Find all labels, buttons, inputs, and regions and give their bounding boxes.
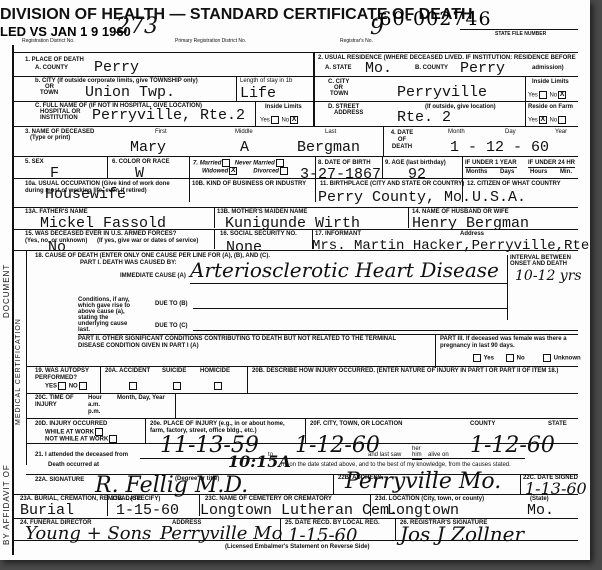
last-saw-date: 1-12-60 [470,438,555,454]
side-label-medical: MEDICAL CERTIFICATION [15,318,22,425]
race: W [135,166,144,182]
date-of-death-label: 4. DATE OF DEATH [387,130,417,151]
city-town: TOWN [40,90,58,97]
birthplace-label: 11. BIRTHPLACE (City and state or countr… [320,181,464,188]
ssn-label: 16. SOCIAL SECURITY NO. [220,231,297,238]
last-label: Last [325,129,336,136]
alive-on-label: alive on [428,452,449,459]
injury-state-label: STATE [548,421,567,428]
county-label: a. COUNTY [35,65,68,72]
burial-location: Longtown [387,503,459,519]
first-label: First [155,129,167,136]
marital-status-row2[interactable]: WidowedX Divorced [202,167,289,176]
informant-address-label: Address [460,231,484,238]
time-of-injury-label: 20c. TIME OF INJURY [35,395,75,409]
date-received: 1-15-60 [288,528,357,544]
burial-state: Mo. [527,503,554,519]
pm-label: p.m. [88,409,100,416]
citizenship: U.S.A. [472,190,526,206]
him-label: him [412,452,422,460]
sex: F [50,166,59,182]
pregnancy-no[interactable]: No [505,354,525,363]
residence-state: Mo. [365,61,392,77]
pregnancy-unknown[interactable]: Unknown [542,354,581,363]
citizen-label: 12. CITIZEN OF WHAT COUNTRY [467,181,561,188]
injury-work-label: 20d. INJURY OCCURRED [35,421,107,428]
state-file-number: -60-002746 [372,8,492,30]
deceased-middle: A [240,140,249,156]
embalmer-note: (Licensed Embalmer's Statement on Revers… [225,544,369,551]
usual-residence-heading: 2. USUAL RESIDENCE (Where deceased lived… [318,55,576,62]
year-label: Year [555,129,567,136]
birthplace: Perry County, Mo. [318,190,471,206]
due-to-b-label: DUE TO (b) [155,301,188,308]
under-year-label: IF UNDER 1 YEAR [465,160,517,168]
residence-city-town: TOWN [330,91,348,98]
residence-heading2: admission) [532,65,564,72]
due-to-c-label: DUE TO (c) [155,323,188,330]
farm-checkbox[interactable]: YesX No [528,116,567,125]
homicide-label: HOMICIDE [200,368,230,375]
suicide-label: SUICIDE [162,368,186,375]
describe-injury-label: 20b. DESCRIBE HOW INJURY OCCURRED. (Ente… [252,368,558,375]
business-label: 10b. KIND OF BUSINESS OR INDUSTRY [192,181,306,188]
immediate-cause: Arteriosclerotic Heart Disease [190,262,499,278]
day-label: Day [505,129,516,136]
residence-inside-limits-checkbox[interactable]: Yes NoX [528,91,567,100]
filed-stamp: LED VS JAN 1 9 1960 [0,24,131,39]
residence-city: Perryville [397,85,487,101]
residence-state-label: a. STATE [325,65,351,72]
homicide-box[interactable] [213,375,223,394]
months-label: Months [466,169,487,176]
last-saw-label: and last saw [368,452,401,459]
interval-label: INTERVAL BETWEEN ONSET AND DEATH [510,255,580,267]
informant: Mrs. Martin Hacker,Perryville,Rte.2 [312,238,590,254]
side-label-document: DOCUMENT [2,264,11,318]
accident-checkbox[interactable]: 20a. ACCIDENT [105,368,150,375]
armed-label: 15. WAS DECEASED EVER IN U.S. ARMED FORC… [25,231,176,238]
primary-registration-label: Primary Registration District No. [175,38,246,45]
registrar-label: Registrar's No. [340,38,373,45]
state-file-label: STATE FILE NUMBER [495,31,546,38]
attended-label: 21. I attended the deceased from [35,452,128,459]
suicide-box[interactable] [172,375,182,394]
inside-limits-checkbox[interactable]: Yes NoX [260,116,299,125]
death-at-label: Death occurred at [48,462,99,469]
immediate-cause-label: IMMEDIATE CAUSE (a) [120,273,186,280]
under-24-label: IF UNDER 24 HR [528,160,575,168]
days-label: Days [500,169,514,176]
signature-label: 22a. SIGNATURE [35,477,84,484]
part1-label: PART I. DEATH WAS CAUSED BY: [80,260,177,267]
injury-city-label: 20f. CITY, TOWN, OR LOCATION [310,421,402,428]
death-county: Perry [94,60,139,76]
side-label-affidavit: BY AFFIDAVIT OF [2,464,11,545]
farm-label: Reside on Farm [528,104,573,111]
cemetery-name: Longtown Lutheran Cem. [200,503,398,519]
injury-county-label: COUNTY [470,421,495,428]
death-city: Union Twp. [85,85,175,101]
part2-label: PART II. OTHER SIGNIFICANT CONDITIONS CO… [78,336,408,350]
physician-address: Perryville Mo. [345,474,501,490]
interval: 10-12 yrs [515,268,582,284]
hour-label: Hour [88,395,102,402]
date-of-death: 1 - 12 - 60 [450,140,549,156]
mdy-label: Month, Day, Year [117,395,165,402]
place-of-death-heading: 1. PLACE OF DEATH [25,57,84,64]
registration-district-label: Registration District No. [22,38,75,45]
am-label: a.m. [88,402,100,409]
deceased-last: Bergman [297,140,360,156]
physician-signature: R. Fellig M.D. [95,478,248,494]
min-label: Min. [560,169,572,176]
death-certificate: DIVISION OF HEALTH — STANDARD CERTIFICAT… [0,0,590,560]
burial-date: 1-15-60 [116,503,179,519]
residence-county-label: b. COUNTY [415,65,448,72]
occupation: Housewife [45,187,126,203]
residence-street: Rte. 2 [397,110,451,126]
autopsy-checkbox[interactable]: YES NO [45,382,88,391]
conditions-note: Conditions, if any, which gave rise to a… [78,297,133,333]
residence-inside-limits-label: Inside Limits [532,79,569,86]
residence-county: Perry [460,61,505,77]
stay-label: Length of stay in 1b [240,78,292,85]
m-on-label: m. on the date stated above, and to the … [281,462,511,469]
accident-box[interactable] [128,375,138,394]
middle-label: Middle [235,129,253,136]
registration-district-value: 273 [116,19,158,35]
month-label: Month [448,129,465,136]
hospital-label3: INSTITUTION [40,115,78,122]
autopsy-label: 19. WAS AUTOPSY PERFORMED? [35,368,95,382]
part3-label: PART III. If deceased was female was the… [440,336,580,350]
hospital-name: Perryville, Rte.2 [92,108,245,124]
armed-sub2: (If yes, give war or dates of service) [97,238,198,245]
length-of-stay: Life [240,86,276,102]
street-label2: ADDRESS [334,110,363,117]
deceased-name-sub: (Type or print) [30,135,70,142]
sex-label: 5. SEX [25,159,44,166]
pregnancy-yes[interactable]: Yes [472,354,494,363]
inside-limits-label: Inside Limits [265,104,302,111]
burial-type: Burial [20,503,74,519]
deceased-first: Mary [130,140,166,156]
hours-label: Hours [530,169,547,176]
informant-label: 17. INFORMANT [315,231,361,238]
